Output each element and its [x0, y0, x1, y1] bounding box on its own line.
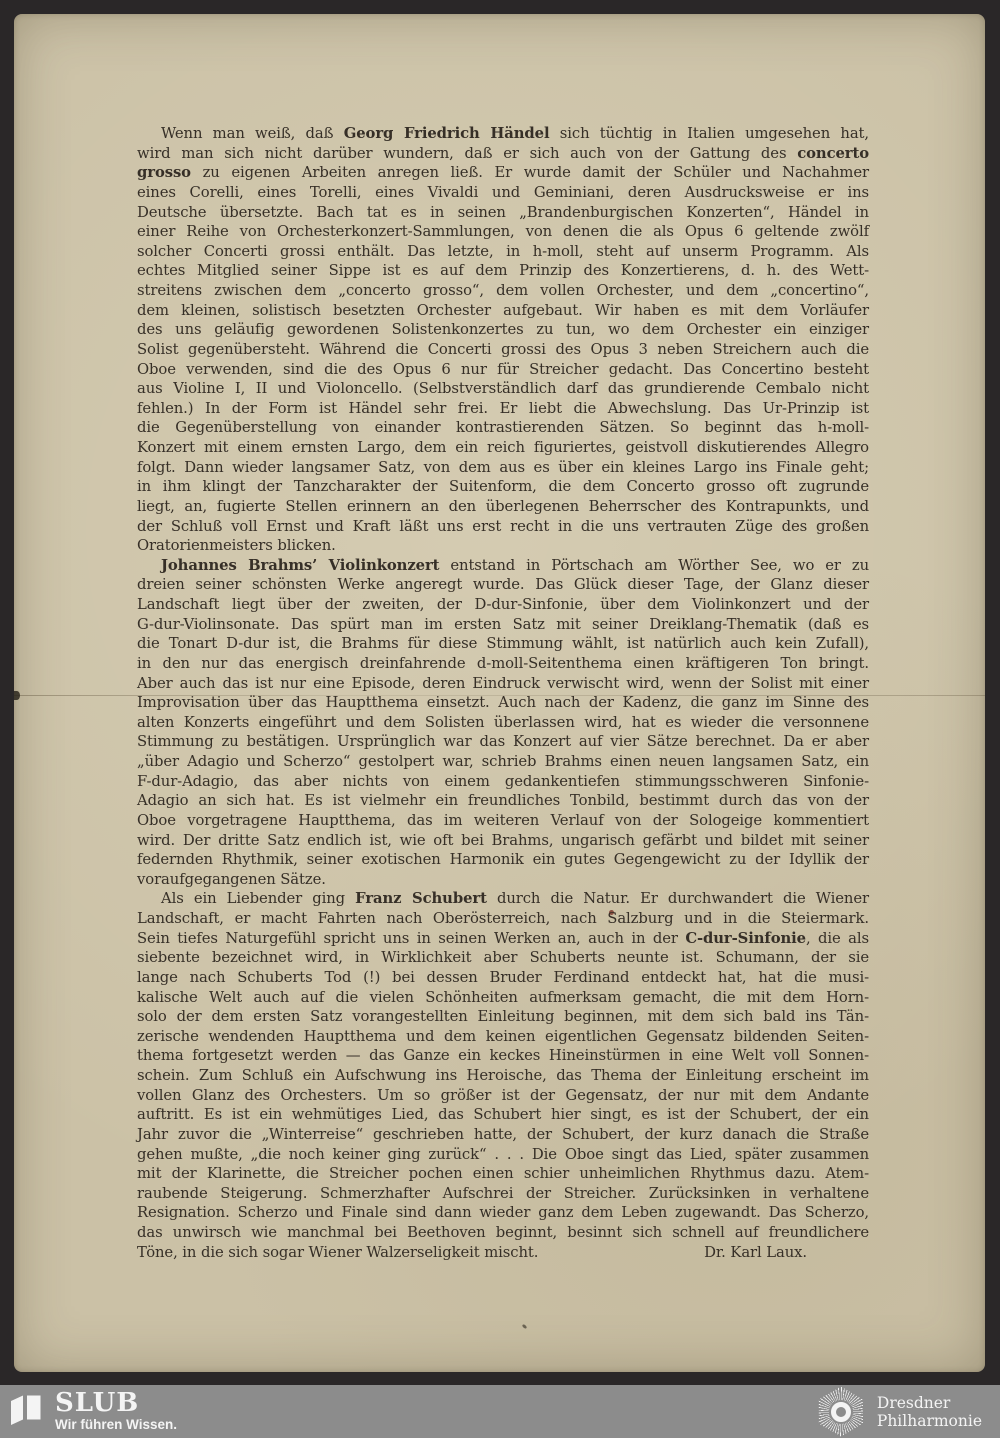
- text-line: des uns geläufig gewordenen Solistenkonz…: [137, 320, 869, 340]
- paragraph: Johannes Brahms’ Violinkonzert entstand …: [137, 556, 869, 890]
- text-line: Landschaft liegt über der zweiten, der D…: [137, 595, 869, 615]
- text-line: eines Corelli, eines Torelli, eines Viva…: [137, 183, 869, 203]
- text-line: Johannes Brahms’ Violinkonzert entstand …: [137, 556, 869, 576]
- text-line: auftritt. Es ist ein wehmütiges Lied, da…: [137, 1105, 869, 1125]
- text-line: die Gegenüberstellung von einander kontr…: [137, 418, 869, 438]
- text-line: vollen Glanz des Orchesters. Um so größe…: [137, 1086, 869, 1106]
- text-line: dreien seiner schönsten Werke angeregt w…: [137, 575, 869, 595]
- text-line: Konzert mit einem ernsten Largo, dem ein…: [137, 438, 869, 458]
- text-line: raubende Steigerung. Schmerzhafter Aufsc…: [137, 1184, 869, 1204]
- text-line: echtes Mitglied seiner Sippe ist es auf …: [137, 261, 869, 281]
- text-line: aus Violine I, II und Violoncello. (Selb…: [137, 379, 869, 399]
- dresdner-philharmonie-logo: Dresdner Philharmonie: [817, 1387, 982, 1437]
- text-line: G-dur-Violinsonate. Das spürt man im ers…: [137, 615, 869, 635]
- scanned-page: Wenn man weiß, daß Georg Friedrich Hände…: [14, 14, 985, 1372]
- text-line: voraufgegangenen Sätze.: [137, 870, 869, 890]
- text-line: fehlen.) In der Form ist Händel sehr fre…: [137, 399, 869, 419]
- slub-wordmark: SLUB: [55, 1391, 177, 1415]
- text-line: wird. Der dritte Satz endlich ist, wie o…: [137, 831, 869, 851]
- text-line: liegt, an, fugierte Stellen erinnern an …: [137, 497, 869, 517]
- partner-name-line1: Dresdner: [877, 1394, 982, 1412]
- text-line: gehen mußte, „die noch keiner ging zurüc…: [137, 1145, 869, 1165]
- document-text: Wenn man weiß, daß Georg Friedrich Hände…: [137, 124, 869, 1262]
- text-line: mit der Klarinette, die Streicher pochen…: [137, 1164, 869, 1184]
- text-line: Wenn man weiß, daß Georg Friedrich Hände…: [137, 124, 869, 144]
- text-line: grosso zu eigenen Arbeiten anregen ließ.…: [137, 163, 869, 183]
- paper-speck: [522, 1324, 528, 1330]
- text-line: das unwirsch wie manchmal bei Beethoven …: [137, 1223, 869, 1243]
- text-line: federnden Rhythmik, seiner exotischen Ha…: [137, 850, 869, 870]
- slub-book-icon: [10, 1394, 42, 1430]
- slub-text-block: SLUB Wir führen Wissen.: [55, 1391, 177, 1433]
- starburst-ring: [831, 1402, 851, 1422]
- text-line: alten Konzerts eingeführt und dem Solist…: [137, 713, 869, 733]
- text-line: schein. Zum Schluß ein Aufschwung ins He…: [137, 1066, 869, 1086]
- text-line: Stimmung zu bestätigen. Ursprünglich war…: [137, 732, 869, 752]
- text-line: F-dur-Adagio, das aber nichts von einem …: [137, 772, 869, 792]
- author-credit: Dr. Karl Laux.: [704, 1243, 807, 1263]
- slub-tagline: Wir führen Wissen.: [55, 1417, 177, 1433]
- fold-crease-notch: [14, 691, 20, 700]
- text-line: zerische wendenden Hauptthema und dem ke…: [137, 1027, 869, 1047]
- text-line: der Schluß voll Ernst und Kraft läßt uns…: [137, 517, 869, 537]
- slub-logo: SLUB Wir führen Wissen.: [10, 1391, 177, 1433]
- text-line: in den nur das energisch dreinfahrende d…: [137, 654, 869, 674]
- text-line: lange nach Schuberts Tod (!) bei dessen …: [137, 968, 869, 988]
- text-line: Solist gegenübersteht. Während die Conce…: [137, 340, 869, 360]
- text-line: Jahr zuvor die „Winterreise“ geschrieben…: [137, 1125, 869, 1145]
- text-line: wird man sich nicht darüber wundern, daß…: [137, 144, 869, 164]
- starburst-icon: [817, 1387, 865, 1437]
- text-line: dem kleinen, solistisch besetzten Orches…: [137, 301, 869, 321]
- text-line: solo der dem ersten Satz vorangestellten…: [137, 1007, 869, 1027]
- text-line: Oboe verwenden, sind die des Opus 6 nur …: [137, 360, 869, 380]
- text-line: Adagio an sich hat. Es ist vielmehr ein …: [137, 791, 869, 811]
- text-line: „über Adagio und Scherzo“ gestolpert war…: [137, 752, 869, 772]
- text-line: in ihm klingt der Tanzcharakter der Suit…: [137, 477, 869, 497]
- paragraph: Wenn man weiß, daß Georg Friedrich Hände…: [137, 124, 869, 556]
- text-line: Oboe vorgetragene Hauptthema, das im wei…: [137, 811, 869, 831]
- paragraph: Als ein Liebender ging Franz Schubert du…: [137, 889, 869, 1262]
- text-line: Landschaft, er macht Fahrten nach Oberös…: [137, 909, 869, 929]
- text-line: Oratorienmeisters blicken.: [137, 536, 869, 556]
- partner-name: Dresdner Philharmonie: [877, 1394, 982, 1430]
- text-line: kalische Welt auch auf die vielen Schönh…: [137, 988, 869, 1008]
- text-line: streitens zwischen dem „concerto grosso“…: [137, 281, 869, 301]
- text-line: Sein tiefes Naturgefühl spricht uns in s…: [137, 929, 869, 949]
- partner-name-line2: Philharmonie: [877, 1412, 982, 1430]
- text-line: Aber auch das ist nur eine Episode, dere…: [137, 674, 869, 694]
- text-line: solcher Concerti grossi enthält. Das let…: [137, 242, 869, 262]
- footer-bar: SLUB Wir führen Wissen. Dresdner Philhar…: [0, 1385, 1000, 1438]
- text-line: einer Reihe von Orchesterkonzert-Sammlun…: [137, 222, 869, 242]
- text-line: die Tonart D-dur ist, die Brahms für die…: [137, 634, 869, 654]
- text-line: folgt. Dann wieder langsamer Satz, von d…: [137, 458, 869, 478]
- text-line: Resignation. Scherzo und Finale sind dan…: [137, 1203, 869, 1223]
- text-line: Improvisation über das Hauptthema einset…: [137, 693, 869, 713]
- text-line: thema fortgesetzt werden — das Ganze ein…: [137, 1046, 869, 1066]
- text-line: Töne, in die sich sogar Wiener Walzersel…: [137, 1243, 869, 1263]
- text-line: siebente bezeichnet wird, in Wirklichkei…: [137, 948, 869, 968]
- text-line: Als ein Liebender ging Franz Schubert du…: [137, 889, 869, 909]
- text-line: Deutsche übersetzte. Bach tat es in sein…: [137, 203, 869, 223]
